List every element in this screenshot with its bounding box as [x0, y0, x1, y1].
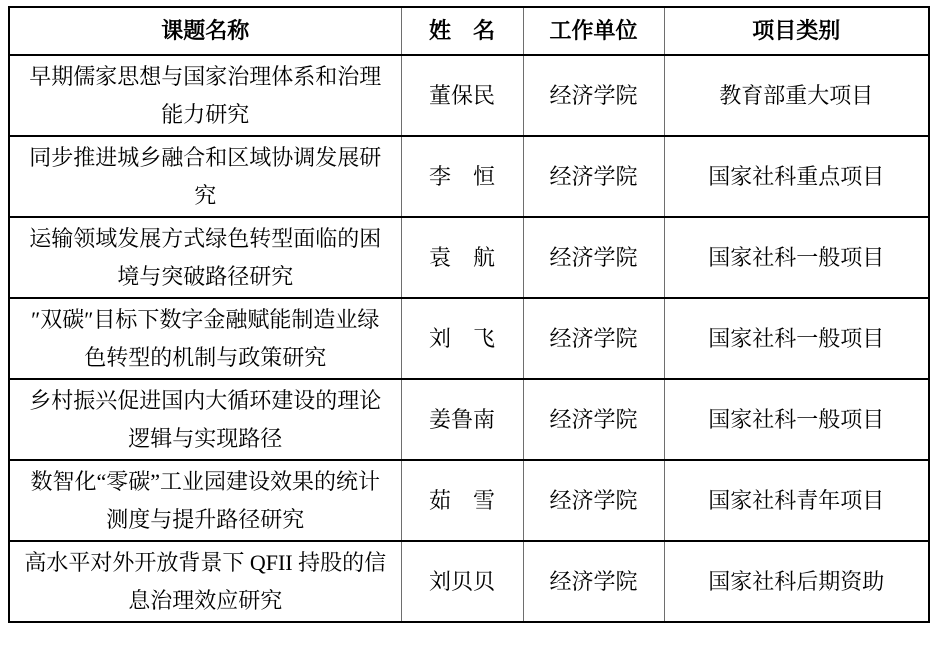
cell-unit: 经济学院 — [523, 379, 664, 460]
cell-topic: ″双碳″目标下数字金融赋能制造业绿色转型的机制与政策研究 — [9, 298, 401, 379]
cell-category: 国家社科重点项目 — [664, 136, 929, 217]
table-row: 乡村振兴促进国内大循环建设的理论逻辑与实现路径姜鲁南经济学院国家社科一般项目 — [9, 379, 929, 460]
cell-name: 董保民 — [401, 55, 523, 136]
table-row: ″双碳″目标下数字金融赋能制造业绿色转型的机制与政策研究刘 飞经济学院国家社科一… — [9, 298, 929, 379]
cell-topic: 同步推进城乡融合和区域协调发展研究 — [9, 136, 401, 217]
header-name: 姓 名 — [401, 7, 523, 55]
cell-name: 袁 航 — [401, 217, 523, 298]
cell-category: 教育部重大项目 — [664, 55, 929, 136]
header-row: 课题名称 姓 名 工作单位 项目类别 — [9, 7, 929, 55]
cell-unit: 经济学院 — [523, 55, 664, 136]
cell-name: 茹 雪 — [401, 460, 523, 541]
header-category: 项目类别 — [664, 7, 929, 55]
header-topic: 课题名称 — [9, 7, 401, 55]
cell-topic: 数智化“零碳”工业园建设效果的统计测度与提升路径研究 — [9, 460, 401, 541]
header-unit: 工作单位 — [523, 7, 664, 55]
table-row: 数智化“零碳”工业园建设效果的统计测度与提升路径研究茹 雪经济学院国家社科青年项… — [9, 460, 929, 541]
document-page: 课题名称 姓 名 工作单位 项目类别 早期儒家思想与国家治理体系和治理能力研究董… — [0, 0, 936, 651]
table-row: 高水平对外开放背景下 QFII 持股的信息治理效应研究刘贝贝经济学院国家社科后期… — [9, 541, 929, 622]
cell-unit: 经济学院 — [523, 136, 664, 217]
cell-unit: 经济学院 — [523, 217, 664, 298]
cell-category: 国家社科青年项目 — [664, 460, 929, 541]
cell-name: 姜鲁南 — [401, 379, 523, 460]
cell-name: 李 恒 — [401, 136, 523, 217]
research-projects-table: 课题名称 姓 名 工作单位 项目类别 早期儒家思想与国家治理体系和治理能力研究董… — [8, 6, 930, 623]
cell-unit: 经济学院 — [523, 541, 664, 622]
cell-category: 国家社科一般项目 — [664, 298, 929, 379]
cell-topic: 乡村振兴促进国内大循环建设的理论逻辑与实现路径 — [9, 379, 401, 460]
table-row: 同步推进城乡融合和区域协调发展研究李 恒经济学院国家社科重点项目 — [9, 136, 929, 217]
cell-name: 刘 飞 — [401, 298, 523, 379]
cell-name: 刘贝贝 — [401, 541, 523, 622]
cell-category: 国家社科一般项目 — [664, 379, 929, 460]
cell-unit: 经济学院 — [523, 298, 664, 379]
table-row: 早期儒家思想与国家治理体系和治理能力研究董保民经济学院教育部重大项目 — [9, 55, 929, 136]
cell-topic: 运输领域发展方式绿色转型面临的困境与突破路径研究 — [9, 217, 401, 298]
cell-topic: 早期儒家思想与国家治理体系和治理能力研究 — [9, 55, 401, 136]
cell-topic: 高水平对外开放背景下 QFII 持股的信息治理效应研究 — [9, 541, 401, 622]
table-row: 运输领域发展方式绿色转型面临的困境与突破路径研究袁 航经济学院国家社科一般项目 — [9, 217, 929, 298]
cell-category: 国家社科后期资助 — [664, 541, 929, 622]
cell-category: 国家社科一般项目 — [664, 217, 929, 298]
cell-unit: 经济学院 — [523, 460, 664, 541]
